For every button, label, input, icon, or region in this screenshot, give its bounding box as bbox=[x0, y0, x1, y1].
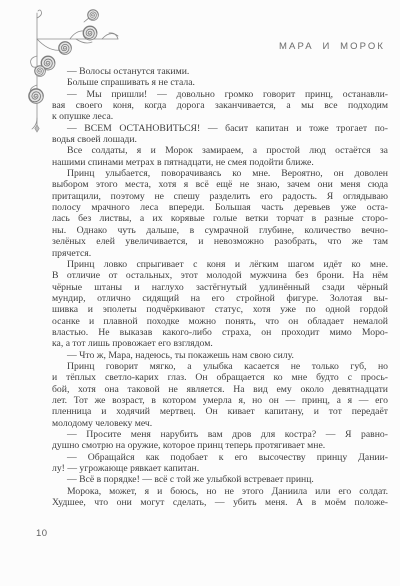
text-line: бой, хотя она таковой не является. На ви… bbox=[52, 384, 388, 395]
book-page: МАРА И МОРОК — Волосы останутся такими.Б… bbox=[0, 0, 400, 586]
text-line: — Обращайся как подобает к его высочеств… bbox=[52, 452, 388, 463]
text-line: ка, а тот лишь провожает его взглядом. bbox=[52, 338, 388, 349]
text-line: В отличие от остальных, этот молодой муж… bbox=[52, 270, 388, 281]
text-line: Больше спрашивать я не стала. bbox=[52, 77, 388, 88]
text-line: мундир, отлично сидящий на его стройной … bbox=[52, 293, 388, 304]
text-line: — Мы пришли! — довольно громко говорит п… bbox=[52, 89, 388, 100]
page-number: 10 bbox=[36, 528, 48, 539]
text-line: лу! — угрожающе рявкает капитан. bbox=[52, 463, 388, 474]
text-line: Худшее, что они могут сделать, — убить м… bbox=[52, 497, 388, 508]
text-line: молодому человеку меч. bbox=[52, 418, 388, 429]
text-line: шивка и эполеты подчёркивают статус, хот… bbox=[52, 304, 388, 315]
text-line: Принц улыбается, поворачиваясь ко мне. В… bbox=[52, 168, 388, 179]
text-line: властью. Не выказав какого-либо страха, … bbox=[52, 327, 388, 338]
text-line: лась без листвы, а их корявые голые ветк… bbox=[52, 213, 388, 224]
text-line: душно смотрю на оружие, которое принц те… bbox=[52, 440, 388, 451]
text-line: к опушке леса. bbox=[52, 111, 388, 122]
text-line: нашими спинами метрах в пятнадцати, не с… bbox=[52, 157, 388, 168]
text-line: полосу мрачного леса впереди. Большая ча… bbox=[52, 202, 388, 213]
text-line: ны. Однако чуть дальше, в сумрачной глуб… bbox=[52, 225, 388, 236]
text-line: осанке и плавной походке можно понять, ч… bbox=[52, 316, 388, 327]
text-line: лет. Тот же возраст, в котором умерла я,… bbox=[52, 395, 388, 406]
text-line: выбором этого места, хотя я всё ещё не з… bbox=[52, 179, 388, 190]
text-line: Все солдаты, я и Морок замираем, а прост… bbox=[52, 145, 388, 156]
text-line: пленница и ходячий мертвец. Он кивает ка… bbox=[52, 406, 388, 417]
text-line: притащили, поэтому не спешу разделить ег… bbox=[52, 191, 388, 202]
text-line: зелёных елей увеличивается, и невозможно… bbox=[52, 236, 388, 247]
text-line: Принц говорит мягко, а улыбка касается н… bbox=[52, 361, 388, 372]
text-line: прячется. bbox=[52, 248, 388, 259]
text-line: Принц ловко спрыгивает с коня и лёгким ш… bbox=[52, 259, 388, 270]
text-line: и тёплых светло-карих глаз. Он обращаетс… bbox=[52, 372, 388, 383]
running-header: МАРА И МОРОК bbox=[52, 41, 385, 52]
text-line: водья своей лошади. bbox=[52, 134, 388, 145]
text-line: — Всё в порядке! — всё с той же улыбкой … bbox=[52, 474, 388, 485]
text-line: вая своего коня, когда дорога заканчивае… bbox=[52, 100, 388, 111]
text-block: — Волосы останутся такими.Больше спрашив… bbox=[52, 66, 388, 508]
text-line: чёрные штаны и наглухо застёгнутый удлин… bbox=[52, 282, 388, 293]
text-line: — Что ж, Мара, надеюсь, ты покажешь нам … bbox=[52, 350, 388, 361]
text-line: Морока, может, я и боюсь, но не этого Да… bbox=[52, 486, 388, 497]
text-line: — ВСЕМ ОСТАНОВИТЬСЯ! — басит капитан и т… bbox=[52, 123, 388, 134]
text-line: — Просите меня нарубить вам дров для кос… bbox=[52, 429, 388, 440]
text-line: — Волосы останутся такими. bbox=[52, 66, 388, 77]
